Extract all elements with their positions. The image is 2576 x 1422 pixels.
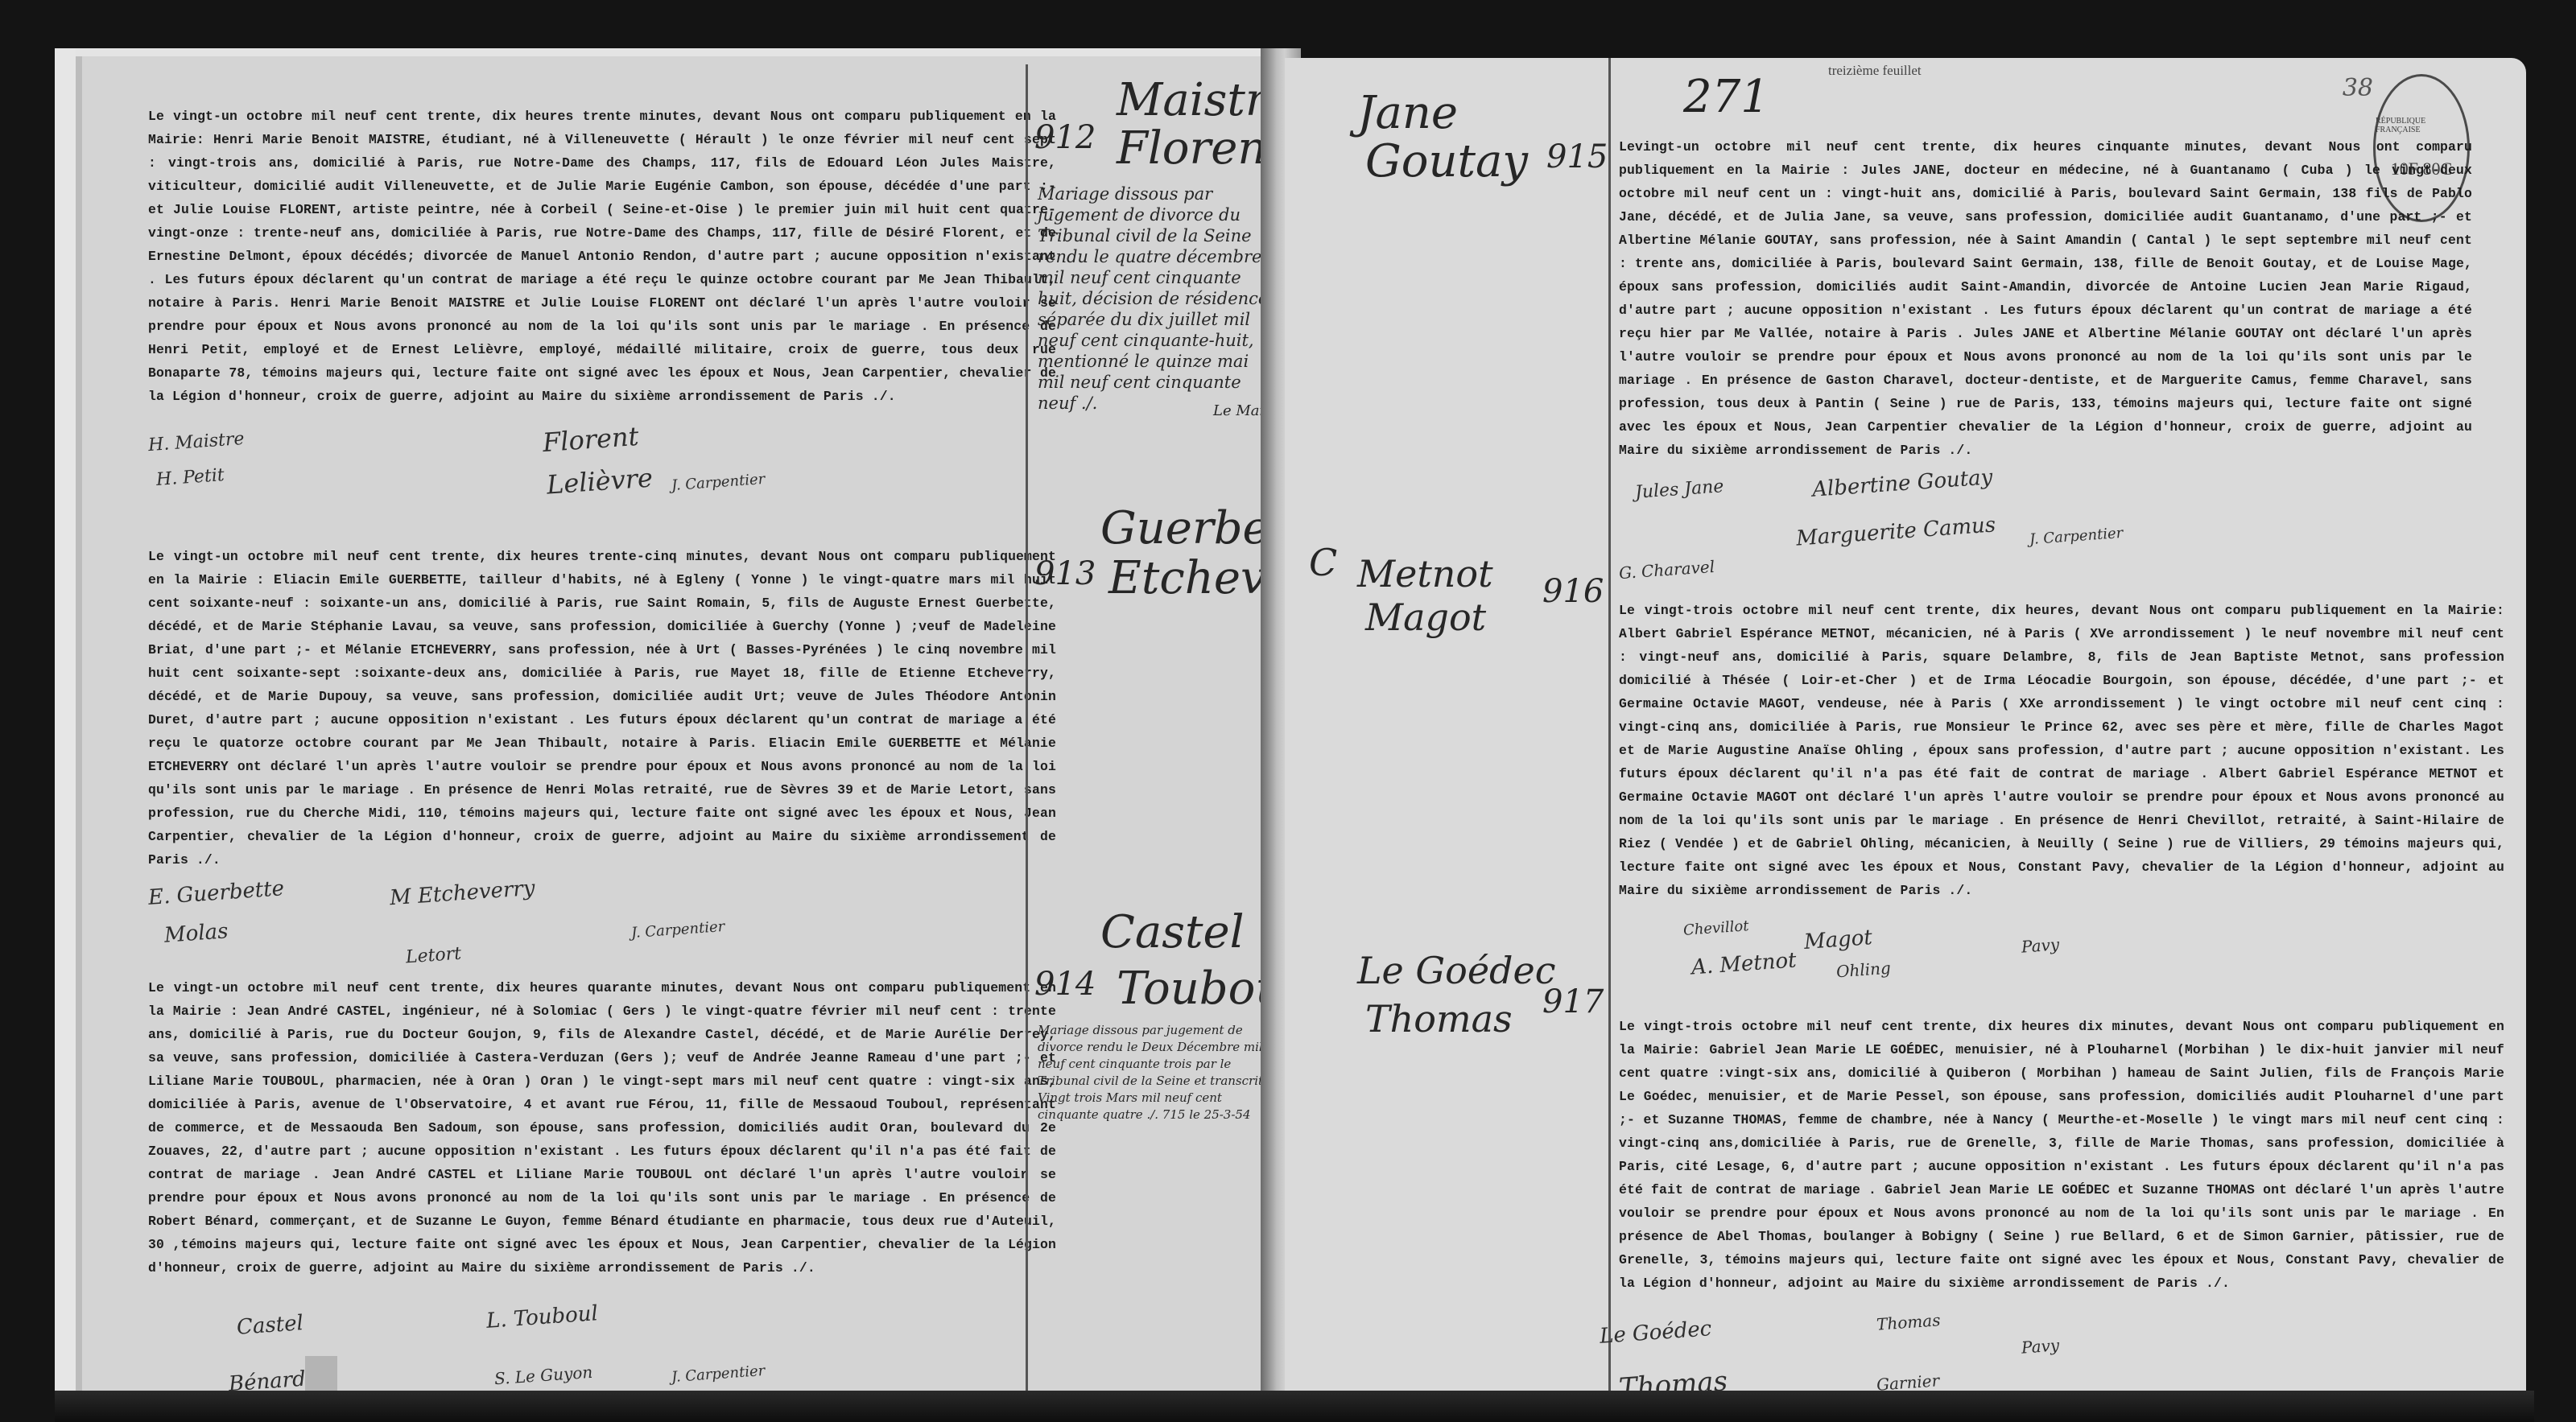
signature: J. Carpentier bbox=[671, 1362, 766, 1386]
signature: Lelièvre bbox=[546, 462, 654, 500]
entry-name: Goutay bbox=[1365, 138, 1528, 185]
right-acts: Levingt-un octobre mil neuf cent trente,… bbox=[1619, 135, 2504, 1422]
folio-number: 271 bbox=[1683, 71, 1769, 123]
signature: H. Maistre bbox=[147, 429, 245, 455]
entry-name: Jane bbox=[1357, 90, 1458, 137]
act-916: Le vingt-trois octobre mil neuf cent tre… bbox=[1619, 599, 2504, 1008]
signature: Pavy bbox=[2021, 1335, 2060, 1357]
act-text: Le vingt-un octobre mil neuf cent trente… bbox=[148, 105, 1056, 408]
signature: J. Carpentier bbox=[2029, 525, 2124, 548]
signature: E. Guerbette bbox=[147, 876, 285, 910]
signatures: Chevillot A. Metnot Magot Ohling Pavy bbox=[1619, 912, 2504, 1008]
signatures: Jules Jane Albertine Goutay Marguerite C… bbox=[1619, 472, 2504, 592]
entry-number: 916 bbox=[1542, 573, 1604, 610]
entry-name: Metnot bbox=[1357, 550, 1493, 597]
entry-name: Magot bbox=[1365, 594, 1486, 641]
act-text: Le vingt-un octobre mil neuf cent trente… bbox=[148, 976, 1056, 1280]
left-main-column: Le vingt-un octobre mil neuf cent trente… bbox=[148, 105, 1056, 1408]
act-text: Levingt-un octobre mil neuf cent trente,… bbox=[1619, 135, 2504, 462]
register-book: Le vingt-un octobre mil neuf cent trente… bbox=[55, 48, 2534, 1408]
right-margin-column: Jane Goutay 915 C Metnot Magot 916 Le Go… bbox=[1301, 58, 1623, 1394]
entry-name: Le Goédec bbox=[1357, 947, 1556, 994]
signature: Albertine Goutay bbox=[1811, 465, 1993, 502]
folio-label: treizième feuillet bbox=[1828, 63, 1922, 79]
signature: Magot bbox=[1803, 925, 1873, 954]
act-text: Le vingt-trois octobre mil neuf cent tre… bbox=[1619, 599, 2504, 902]
signature: G. Charavel bbox=[1618, 557, 1715, 583]
entry-name: Castel bbox=[1100, 909, 1245, 956]
entry-number: 913 bbox=[1034, 555, 1096, 592]
act-913: Le vingt-un octobre mil neuf cent trente… bbox=[148, 545, 1056, 970]
signature: S. Le Guyon bbox=[493, 1362, 593, 1388]
signature: Pavy bbox=[2021, 934, 2060, 956]
signature: Molas bbox=[163, 919, 229, 947]
margin-note: Mariage dissous par jugement de divorce … bbox=[1038, 183, 1279, 414]
signatures: H. Maistre H. Petit Florent Lelièvre J. … bbox=[148, 418, 1056, 538]
signature: Marguerite Camus bbox=[1795, 513, 1996, 550]
stamp-text: RÉPUBLIQUE FRANÇAISE bbox=[2376, 117, 2467, 134]
act-912: Le vingt-un octobre mil neuf cent trente… bbox=[148, 105, 1056, 538]
pencil-mark: 38 bbox=[2343, 74, 2373, 102]
signatures: E. Guerbette M Etcheverry Molas Letort J… bbox=[148, 881, 1056, 970]
signature: M Etcheverry bbox=[389, 876, 535, 911]
entry-number: 912 bbox=[1034, 119, 1096, 156]
entry-number: 915 bbox=[1546, 138, 1608, 175]
signature: A. Metnot bbox=[1690, 948, 1797, 979]
margin-note: Mariage dissous par jugement de divorce … bbox=[1038, 1022, 1279, 1123]
signature: Chevillot bbox=[1682, 917, 1749, 939]
signature: L. Touboul bbox=[485, 1301, 599, 1333]
book-bottom-shadow bbox=[55, 1391, 2534, 1422]
margin-mark: C bbox=[1309, 541, 1337, 584]
act-915: Levingt-un octobre mil neuf cent trente,… bbox=[1619, 135, 2504, 592]
act-914: Le vingt-un octobre mil neuf cent trente… bbox=[148, 976, 1056, 1402]
right-main-column: 271 treizième feuillet 38 RÉPUBLIQUE FRA… bbox=[1608, 58, 2518, 1394]
signature: Thomas bbox=[1876, 1310, 1941, 1333]
act-917: Le vingt-trois octobre mil neuf cent tre… bbox=[1619, 1015, 2504, 1417]
signature: Florent bbox=[542, 421, 640, 458]
entry-number: 914 bbox=[1034, 966, 1096, 1003]
entry-name: Thomas bbox=[1365, 995, 1513, 1042]
entry-number: 917 bbox=[1542, 983, 1604, 1020]
signature: Castel bbox=[236, 1311, 304, 1340]
signature: J. Carpentier bbox=[671, 471, 766, 494]
act-text: Le vingt-un octobre mil neuf cent trente… bbox=[148, 545, 1056, 872]
signatures: Castel L. Touboul Bénard S. Le Guyon J. … bbox=[148, 1289, 1056, 1402]
signature: Jules Jane bbox=[1634, 476, 1724, 503]
left-margin-column: 912 Maistre Florent Mariage dissous par … bbox=[1026, 64, 1283, 1392]
signature: Le Goédec bbox=[1599, 1317, 1712, 1349]
signature: J. Carpentier bbox=[630, 918, 725, 942]
signature: Letort bbox=[405, 944, 462, 968]
signature: H. Petit bbox=[155, 465, 225, 490]
entry-name: Florent bbox=[1117, 126, 1285, 172]
left-page: Le vingt-un octobre mil neuf cent trente… bbox=[55, 48, 1283, 1392]
act-text: Le vingt-trois octobre mil neuf cent tre… bbox=[1619, 1015, 2504, 1295]
signature: Ohling bbox=[1835, 958, 1891, 982]
right-page: Jane Goutay 915 C Metnot Magot 916 Le Go… bbox=[1285, 58, 2526, 1394]
redaction-patch bbox=[305, 1356, 337, 1392]
